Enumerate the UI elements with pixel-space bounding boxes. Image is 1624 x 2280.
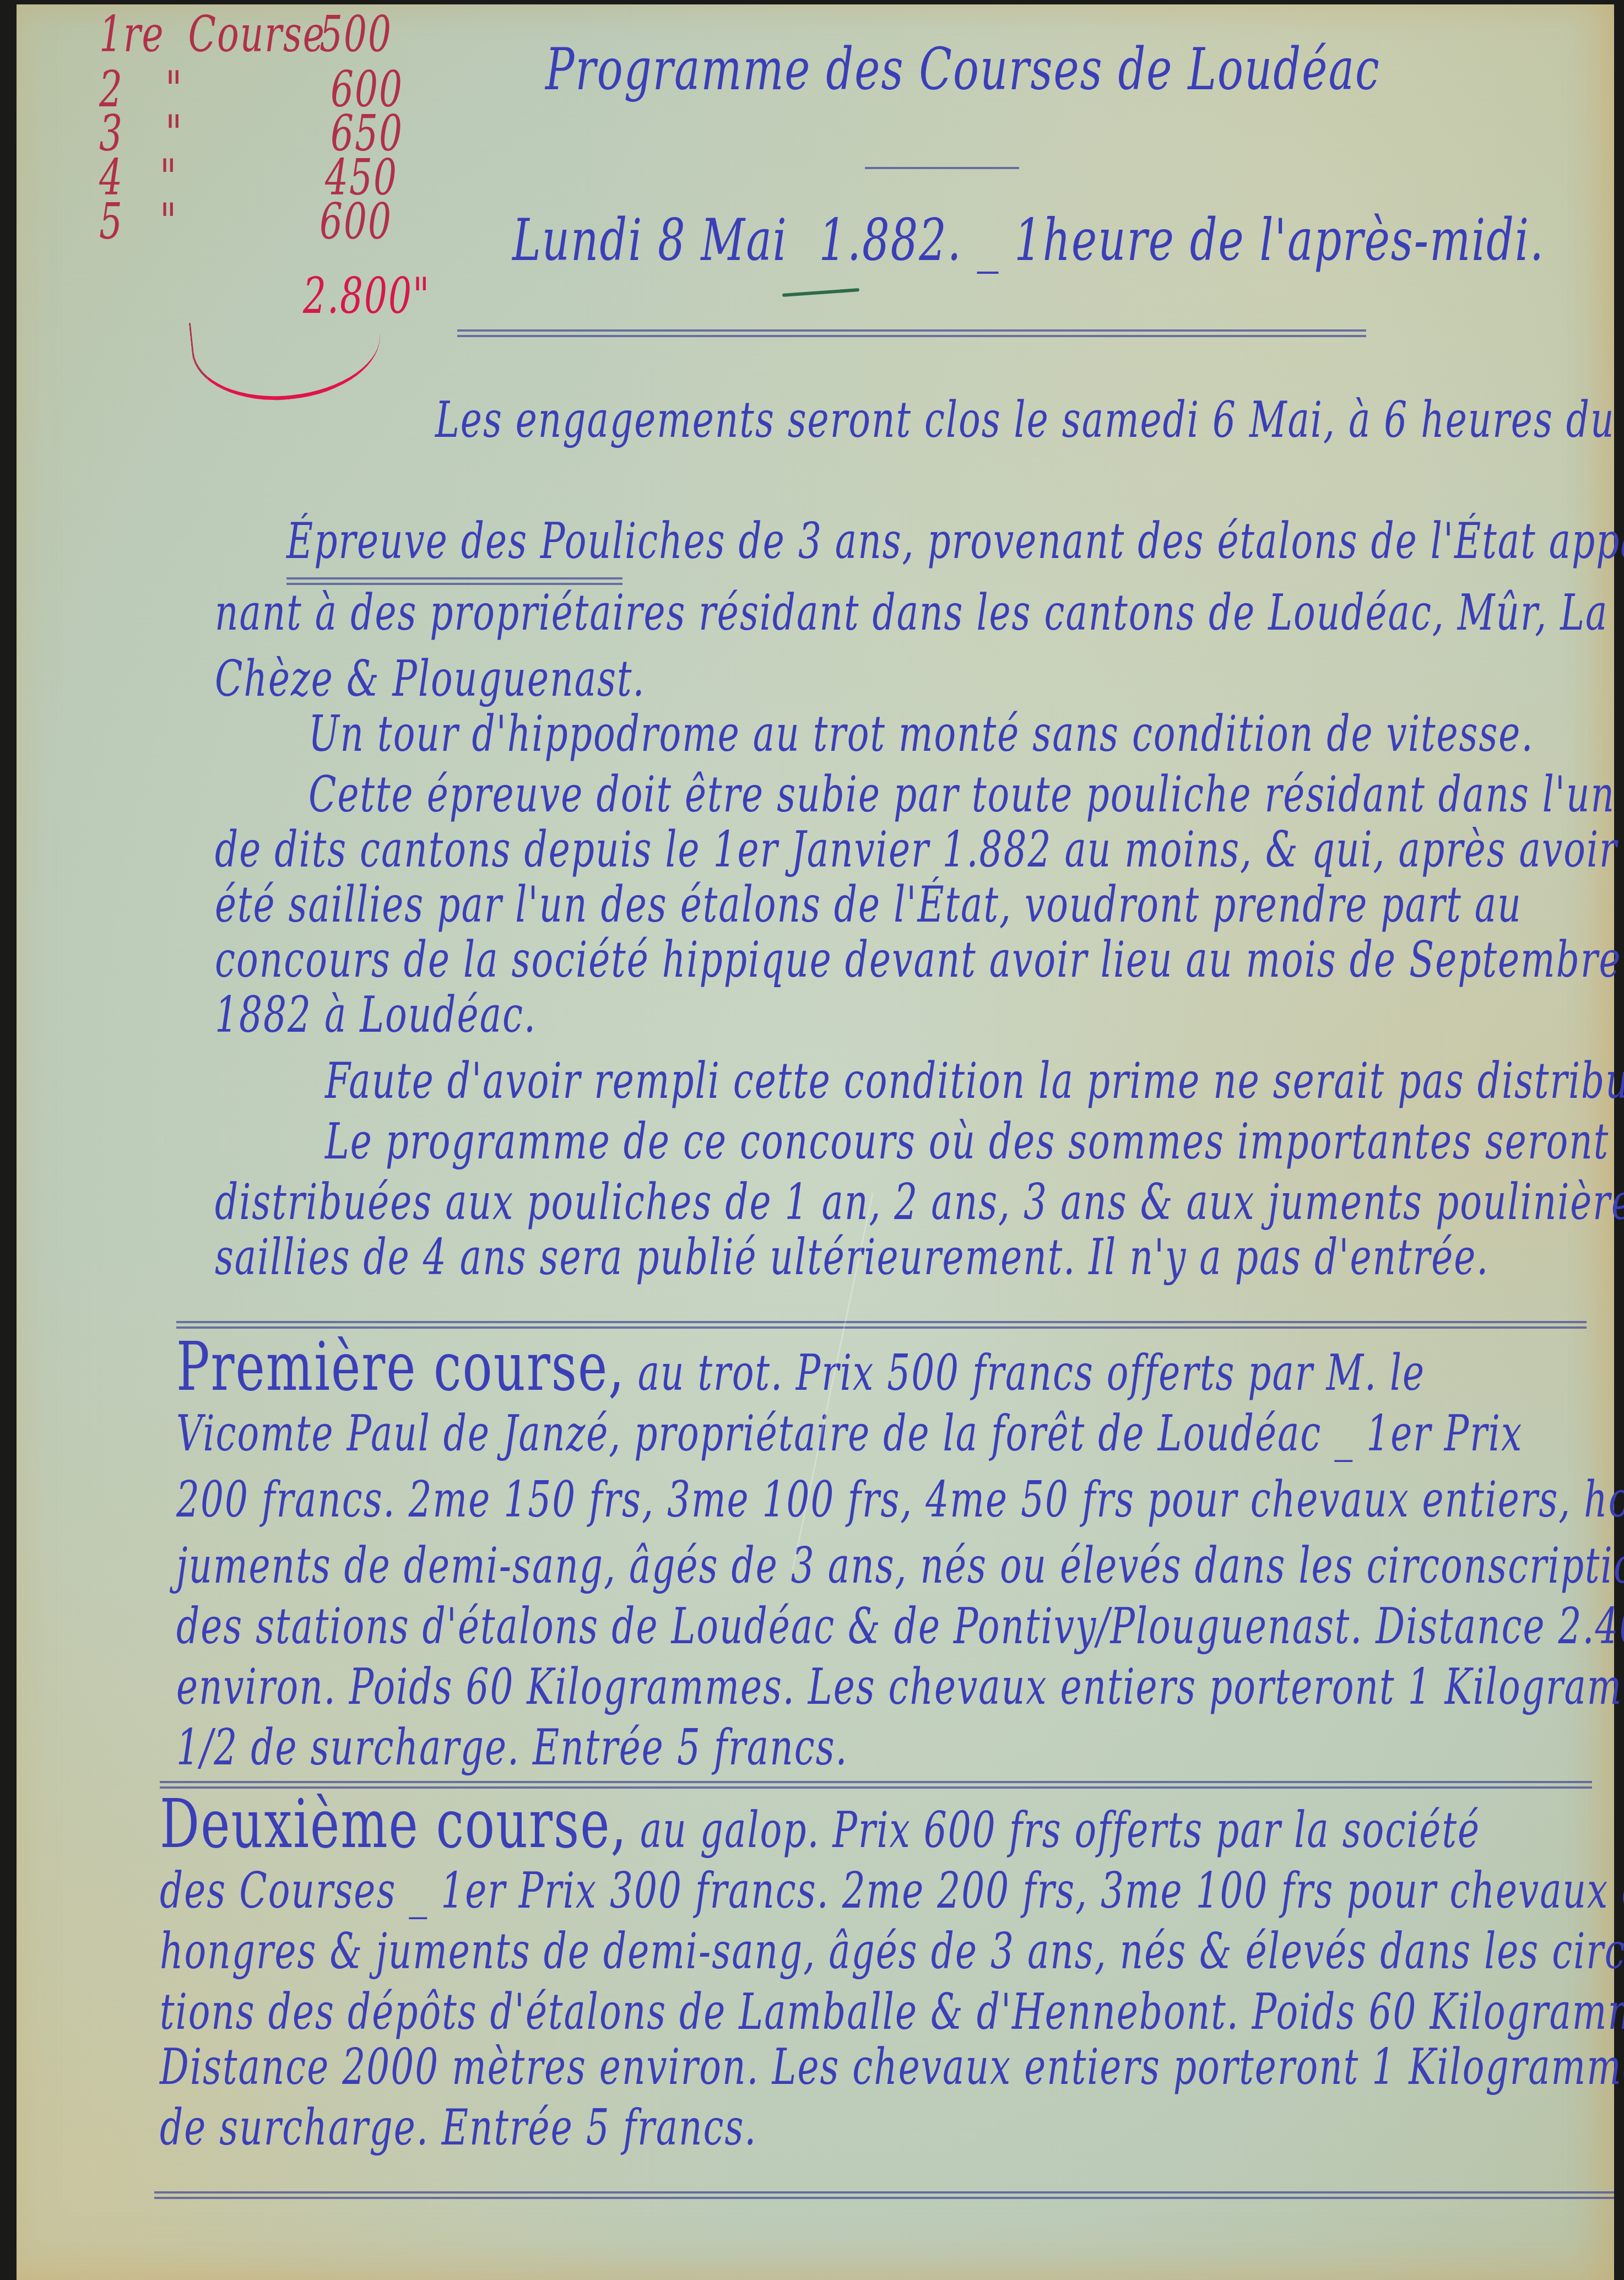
tally-total-suffix: " [413,268,430,325]
year-text: 1.882 [819,208,947,275]
course2-heading: Deuxième course, [160,1785,627,1864]
tally-index: 5 [99,193,123,251]
tally-row-5: 5 " 600 [99,193,123,251]
epreuve-text: , provenant des étalons de l'État appart… [902,513,1624,570]
date-text: Lundi 8 Mai [512,208,788,275]
tally-amount: 600 [320,193,392,251]
course1-line-3: 200 francs. 2me 150 frs, 3me 100 frs, 4m… [176,1471,1624,1529]
epreuve-line-9: 1882 à Loudéac. [215,987,537,1044]
epreuve-line-12: distribuées aux pouliches de 1 an, 2 ans… [215,1174,1624,1231]
header-divider [457,329,1366,332]
epreuve-line-13: saillies de 4 ans sera publié ultérieure… [215,1229,1489,1286]
registration-note: Les engagements seront clos le samedi 6 … [435,392,1624,449]
course2-line-4: tions des dépôts d'étalons de Lamballe &… [160,1984,1624,2041]
course1-line-4: juments de demi-sang, âgés de 3 ans, nés… [176,1537,1624,1595]
tally-label: Course [188,6,326,63]
epreuve-line-1: Épreuve des Pouliches de 3 ans, provenan… [286,513,1624,570]
total-circle-mark [189,304,386,409]
year-underline-mark [782,288,859,297]
course1-line-5: des stations d'étalons de Loudéac & de P… [176,1598,1624,1655]
epreuve-line-11: Le programme de ce concours où des somme… [325,1113,1609,1171]
title-divider [865,167,1019,169]
course2-text: au galop. Prix 600 frs offerts par la so… [627,1802,1480,1859]
course2-line-6: de surcharge. Entrée 5 francs. [160,2099,757,2157]
course1-line-7: 1/2 de surcharge. Entrée 5 francs. [176,1719,848,1777]
section-divider-3 [154,2191,1614,2194]
course1-line-1: Première course, au trot. Prix 500 franc… [176,1328,1425,1406]
page-title: Programme des Courses de Loudéac [545,37,1381,104]
course2-line-5: Distance 2000 mètres environ. Les chevau… [160,2039,1624,2096]
epreuve-heading: Épreuve des Pouliches de 3 ans [286,513,902,570]
course2-line-2: des Courses _ 1er Prix 300 francs. 2me 2… [160,1862,1624,1920]
section-divider-2 [160,1781,1592,1783]
course2-line-1: Deuxième course, au galop. Prix 600 frs … [160,1785,1480,1864]
epreuve-heading-underline [286,577,622,580]
course2-line-3: hongres & juments de demi-sang, âgés de … [160,1923,1624,1980]
tally-amount: 500 [320,6,392,63]
manuscript-page: 1re Course 500 2 " 600 3 " 650 4 " 450 5… [17,4,1614,2280]
tally-label: " [160,193,177,251]
date-line: Lundi 8 Mai 1.882. _ 1heure de l'après-m… [512,208,1545,275]
time-text: . _ 1heure de l'après-midi. [948,208,1545,275]
course1-text: au trot. Prix 500 francs offerts par M. … [625,1345,1425,1402]
tally-index: 1re [99,6,165,63]
course1-line-2: Vicomte Paul de Janzé, propriétaire de l… [176,1405,1523,1463]
section-divider-1 [176,1321,1587,1323]
epreuve-line-7: été saillies par l'un des étalons de l'É… [215,876,1522,934]
epreuve-line-3: Chèze & Plouguenast. [215,651,645,708]
course1-line-6: environ. Poids 60 Kilogrammes. Les cheva… [176,1659,1624,1716]
epreuve-line-4: Un tour d'hippodrome au trot monté sans … [308,706,1534,763]
course1-heading: Première course, [176,1328,625,1406]
epreuve-line-5: Cette épreuve doit être subie par toute … [308,766,1615,824]
epreuve-line-10: Faute d'avoir rempli cette condition la … [325,1053,1624,1110]
tally-row-1: 1re Course 500 [99,6,326,63]
epreuve-line-6: de dits cantons depuis le 1er Janvier 1.… [215,821,1618,879]
epreuve-line-2: nant à des propriétaires résidant dans l… [215,584,1608,642]
epreuve-line-8: concours de la société hippique devant a… [215,932,1622,989]
